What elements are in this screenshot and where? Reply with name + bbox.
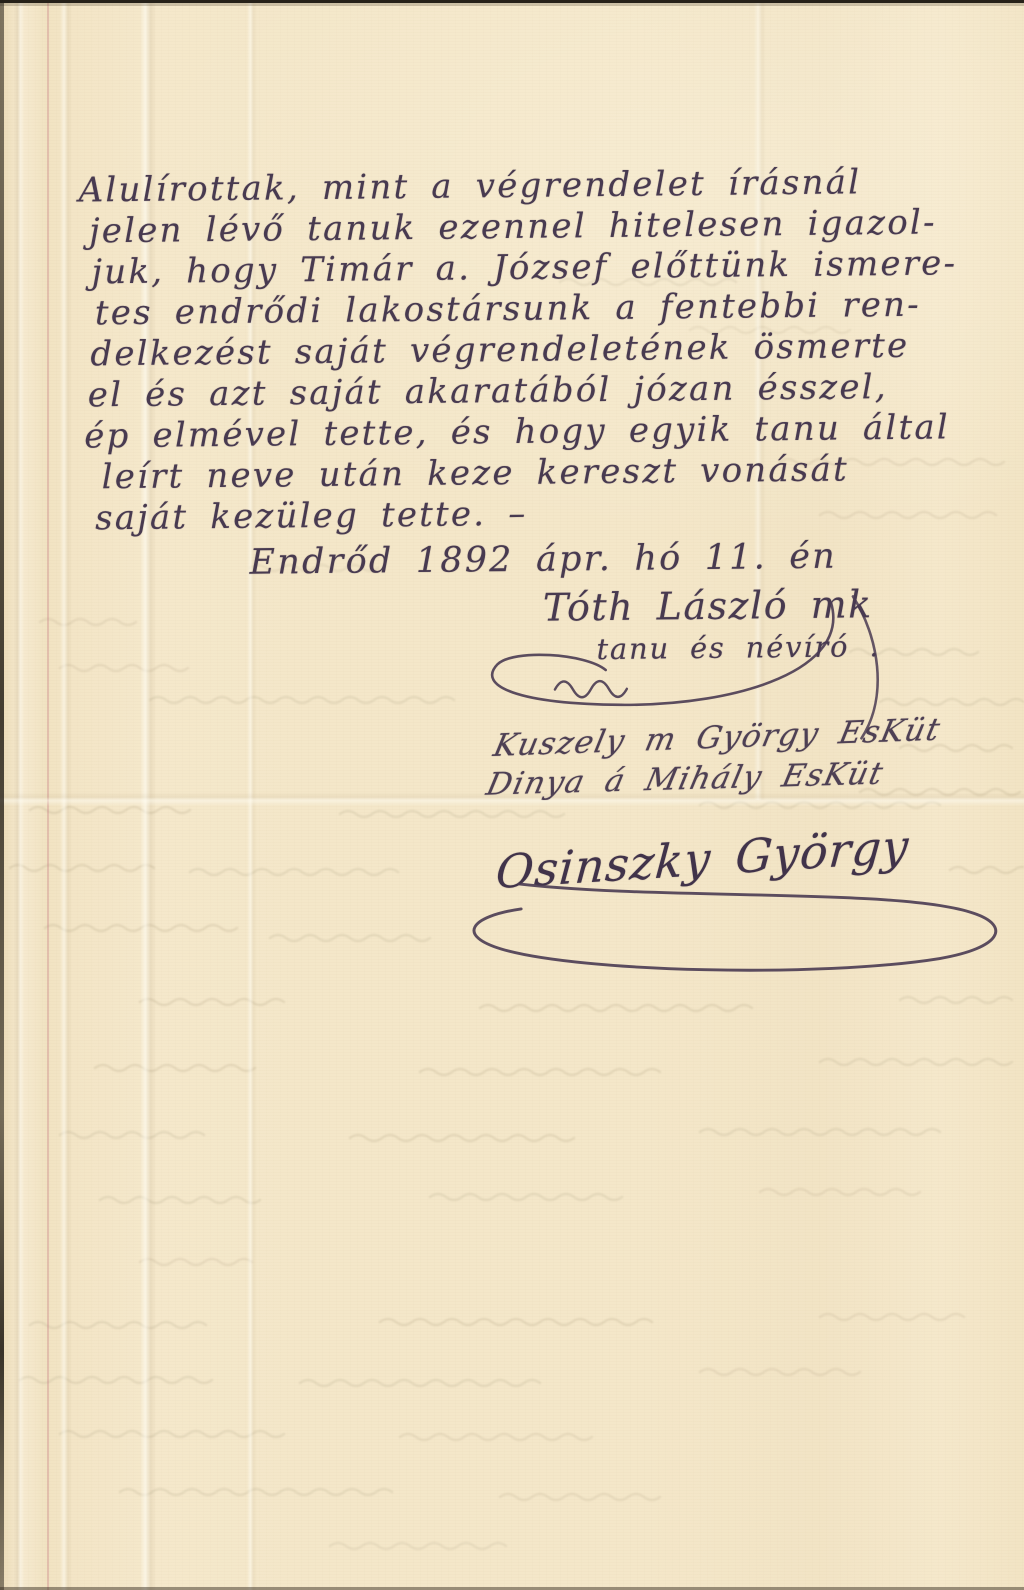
signature-toth-laszlo: Tóth László mk: [543, 582, 873, 629]
scan-edge-top: [0, 3, 1024, 6]
body-line: saját kezüleg tette. –: [95, 494, 528, 539]
place-date-line: Endrőd 1892 ápr. hó 11. én: [249, 537, 837, 583]
witness-signature-dinya: Dinya á Mihály EsKüt: [483, 756, 887, 803]
body-line: el és azt saját akaratából józan ésszel,: [88, 367, 888, 415]
signature-flourish: [555, 681, 627, 698]
body-line: leírt neve után keze kereszt vonását: [101, 449, 849, 497]
handwriting-layer: Alulírottak, mint a végrendelet írásnál …: [0, 0, 1024, 1590]
signature-role: tanu és névíró .: [596, 629, 880, 666]
scan-edge-left: [0, 0, 4, 1590]
letter-scan: Alulírottak, mint a végrendelet írásnál …: [0, 0, 1024, 1590]
main-signature-osinszky: Osinszky György: [494, 819, 911, 899]
body-line: Alulírottak, mint a végrendelet írásnál: [78, 162, 861, 210]
